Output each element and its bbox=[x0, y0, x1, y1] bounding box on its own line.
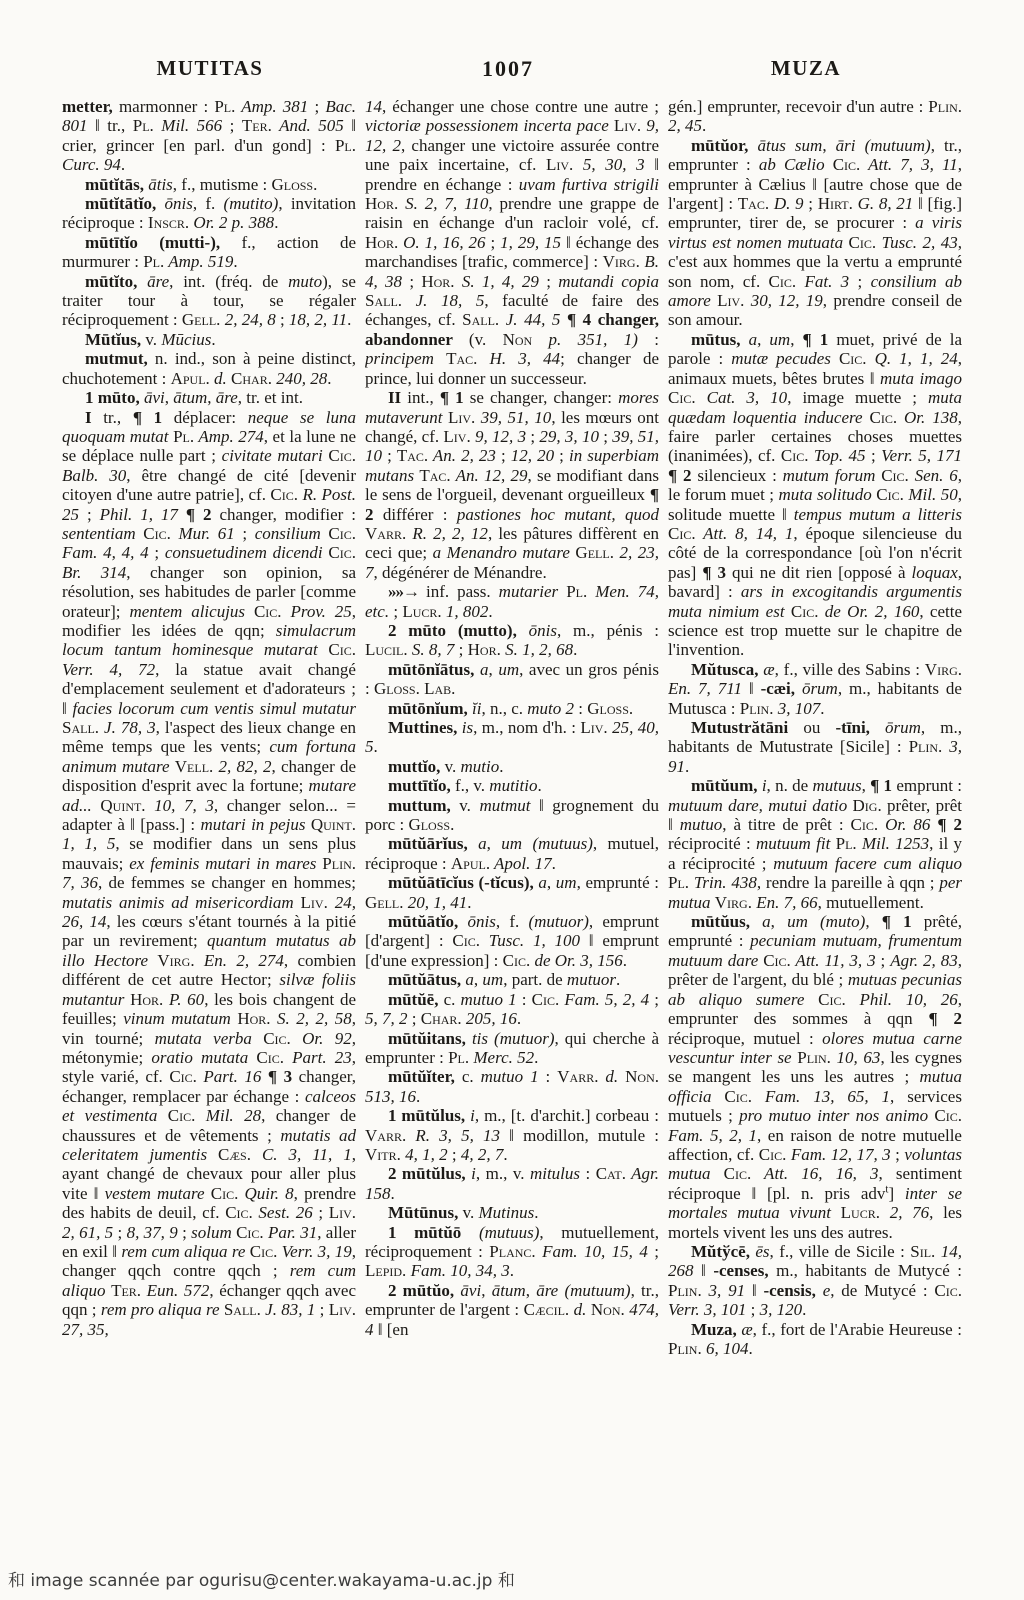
text-run: 3, 120 bbox=[760, 1300, 803, 1319]
text-run: ; bbox=[230, 116, 242, 135]
text-run: Liv. bbox=[329, 1203, 356, 1222]
entry-paragraph: Mūtūnus, v. Mutinus. bbox=[365, 1203, 659, 1222]
text-run: Cic. bbox=[668, 388, 696, 407]
text-run: ēs bbox=[755, 1242, 769, 1261]
text-run: Mūcius bbox=[161, 330, 211, 349]
entry-paragraph: Mutustrătāni ou -tīni, ōrum, m., habitan… bbox=[668, 718, 962, 776]
text-run: ; bbox=[871, 446, 881, 465]
text-run: Pl. bbox=[448, 1048, 469, 1067]
entry-paragraph: »»→ inf. pass. mutarier Pl. Men. 74, etc… bbox=[365, 582, 659, 621]
text-run: marmonner : bbox=[113, 97, 215, 116]
text-run: mūtōnĭātus, bbox=[388, 660, 480, 679]
text-run: 513, 16 bbox=[365, 1087, 416, 1106]
text-run: . bbox=[499, 757, 503, 776]
text-run: mūtĭtās, bbox=[85, 175, 148, 194]
text-run: Cic. bbox=[781, 446, 809, 465]
text-run: . bbox=[327, 369, 331, 388]
text-run: 5, 30, 3 bbox=[573, 155, 654, 174]
entry-paragraph: II int., ¶ 1 se changer, changer: mores … bbox=[365, 388, 659, 582]
text-run: vestem mutare bbox=[105, 1184, 211, 1203]
text-run: pro mutuo inter nos animo bbox=[739, 1106, 934, 1125]
text-run: , m., pénis : bbox=[557, 621, 659, 640]
text-run: a bbox=[465, 970, 474, 989]
text-run: Cic. bbox=[254, 602, 282, 621]
text-run: Cic. bbox=[256, 1048, 284, 1067]
text-run: Cic. bbox=[934, 1281, 962, 1300]
text-run: ¶ 3 bbox=[268, 1067, 292, 1086]
text-run: silencieux : bbox=[692, 466, 783, 485]
text-run: um bbox=[498, 660, 519, 679]
text-run: d. bbox=[569, 1300, 591, 1319]
text-run: um bbox=[482, 970, 503, 989]
entry-paragraph: mūtĭto, āre, int. (fréq. de muto), se tr… bbox=[62, 272, 356, 330]
text-run: Pl. bbox=[668, 873, 689, 892]
entry-paragraph: mūtōnĭātus, a, um, avec un gros pénis : … bbox=[365, 660, 659, 699]
text-run: Tac. bbox=[419, 466, 450, 485]
text-run: Prov. 25 bbox=[282, 602, 352, 621]
text-run: d. bbox=[210, 369, 231, 388]
text-run: Phil. 10, 26 bbox=[846, 990, 958, 1009]
text-run: Cic. bbox=[328, 640, 356, 659]
text-run: . bbox=[347, 310, 351, 329]
text-run: de Or. 3, 156 bbox=[530, 951, 623, 970]
text-run: Muza, bbox=[691, 1320, 741, 1339]
text-run: mutuo 1 bbox=[481, 1067, 546, 1086]
entry-paragraph: mūtōnĭum, ĭi, n., c. muto 2 : Gloss. bbox=[365, 699, 659, 718]
entry-paragraph: mūtŭum, i, n. de mutuus, ¶ 1 emprunt : m… bbox=[668, 776, 962, 912]
text-run: , de Mutycé : bbox=[830, 1281, 934, 1300]
text-run: ¶ 2 bbox=[937, 815, 962, 834]
text-run: Mil. 28 bbox=[195, 1106, 261, 1125]
text-run: , n. de bbox=[767, 776, 813, 795]
entry-paragraph: I tr., ¶ 1 déplacer: neque se luna quoqu… bbox=[62, 408, 356, 1340]
text-run: Merc. 52 bbox=[469, 1048, 534, 1067]
text-run: , rendre la pareille à qqn ; bbox=[757, 873, 940, 892]
text-run: mūtŭĭter, bbox=[388, 1067, 462, 1086]
text-run: Verr. 3, 101 bbox=[668, 1300, 751, 1319]
text-run: 1 mūto, bbox=[85, 388, 144, 407]
text-run: -censes, bbox=[713, 1261, 776, 1280]
text-run: C. 3, 11, 1 bbox=[251, 1145, 352, 1164]
text-run: mutuum fit bbox=[756, 834, 836, 853]
text-run: , bbox=[481, 1281, 492, 1300]
text-run: c. bbox=[462, 1067, 481, 1086]
text-run: Tac. bbox=[738, 194, 769, 213]
text-run: vinum mutatum bbox=[123, 1009, 237, 1028]
text-run: Planc. bbox=[489, 1242, 535, 1261]
text-run: āvi bbox=[144, 388, 165, 407]
text-run: . bbox=[121, 155, 125, 174]
text-run: is bbox=[462, 718, 473, 737]
text-run: Curc. 94 bbox=[62, 155, 121, 174]
text-run: 3, 91 bbox=[702, 1281, 752, 1300]
entry-paragraph: mūtĭtās, ātis, f., mutisme : Gloss. bbox=[62, 175, 356, 194]
text-run: inf. pass. bbox=[426, 582, 499, 601]
text-run: Gloss bbox=[271, 175, 313, 194]
text-run: ‖ bbox=[749, 679, 761, 698]
text-run: . bbox=[623, 951, 627, 970]
entry-paragraph: 1 mūtŭlus, i, m., [t. d'archit.] corbeau… bbox=[365, 1106, 659, 1164]
text-run: (mutito) bbox=[224, 194, 279, 213]
text-run: Fam. 10, 34, 3 bbox=[406, 1261, 509, 1280]
text-run: ¶ 2 bbox=[186, 505, 212, 524]
text-run: se changer, changer: bbox=[464, 388, 618, 407]
text-run: Fam. 5, 2, 4 bbox=[559, 990, 654, 1009]
text-run: ōrum bbox=[802, 679, 838, 698]
text-run: Pl. bbox=[335, 136, 356, 155]
text-run: différer : bbox=[374, 505, 457, 524]
text-run: , f., ville de Sicile : bbox=[770, 1242, 911, 1261]
text-run: Virg. bbox=[925, 660, 962, 679]
text-run: mentem alicujus bbox=[129, 602, 254, 621]
text-run: S. 2, 7, 110 bbox=[398, 194, 488, 213]
text-run: mutuor bbox=[567, 970, 616, 989]
text-run: oratio mutata bbox=[151, 1048, 256, 1067]
text-run: : bbox=[546, 1067, 558, 1086]
entry-paragraph: mūtŭārĭus, a, um (mutuus), mutuel, récip… bbox=[365, 834, 659, 873]
text-run: Lucil. bbox=[365, 640, 408, 659]
text-run: . bbox=[313, 175, 317, 194]
text-run: Cic. bbox=[250, 1242, 278, 1261]
text-run: Plin. bbox=[797, 1048, 831, 1067]
text-run: ; bbox=[603, 427, 612, 446]
text-run: loquax bbox=[911, 563, 957, 582]
text-run: consilium bbox=[255, 524, 329, 543]
text-run: . bbox=[416, 1087, 420, 1106]
entry-paragraph: 2 mūto (mutto), ōnis, m., pénis : Lucil.… bbox=[365, 621, 659, 660]
text-run: Apul. bbox=[451, 854, 490, 873]
text-run: ; bbox=[501, 446, 511, 465]
text-run: déplacer: bbox=[162, 408, 248, 427]
text-run: Virg. bbox=[715, 893, 752, 912]
text-run: Mŭtўcē, bbox=[691, 1242, 755, 1261]
text-run: c. bbox=[444, 990, 461, 1009]
text-run: 29, 3, 10 bbox=[539, 427, 603, 446]
text-run: Cic. bbox=[849, 233, 877, 252]
text-run: v. bbox=[440, 757, 460, 776]
text-run: , bbox=[487, 834, 502, 853]
text-run: 1, 1, 5 bbox=[62, 834, 115, 853]
text-run: Cic. bbox=[169, 1067, 197, 1086]
text-run: mūtĭtātĭo, bbox=[85, 194, 165, 213]
text-run: J. 78, 3 bbox=[99, 718, 156, 737]
text-run: Hor. bbox=[365, 194, 398, 213]
text-run: mutuum facere cum aliquo bbox=[773, 854, 962, 873]
text-run: mutata verba bbox=[155, 1029, 264, 1048]
text-run: . bbox=[616, 970, 620, 989]
text-run: āri (mutuum) bbox=[836, 136, 931, 155]
text-run: I bbox=[85, 408, 92, 427]
text-run: En. 7, 66 bbox=[752, 893, 818, 912]
text-run: v. bbox=[141, 330, 161, 349]
text-run: 6, 104 bbox=[702, 1339, 749, 1358]
text-run: āre (mutuum) bbox=[536, 1281, 630, 1300]
text-run: , bbox=[165, 388, 174, 407]
text-run: Ter. bbox=[111, 1281, 141, 1300]
text-run: um (muto) bbox=[787, 912, 865, 931]
text-run: G. 8, 21 bbox=[853, 194, 918, 213]
entry-paragraph: 14, échanger une chose contre une autre … bbox=[365, 97, 659, 388]
text-run: Fam. 12, 17, 3 bbox=[786, 1145, 895, 1164]
text-run: Pl. bbox=[836, 834, 857, 853]
text-run: . bbox=[450, 815, 454, 834]
text-run: . bbox=[685, 757, 689, 776]
text-run: 7, 36 bbox=[62, 873, 98, 892]
text-run: Cic. bbox=[833, 155, 861, 174]
text-run: Cic. bbox=[503, 951, 531, 970]
text-run: āre bbox=[147, 272, 169, 291]
page-number: 1007 bbox=[358, 56, 658, 82]
text-run: mutio bbox=[461, 757, 500, 776]
entry-paragraph: Mŭtusca, æ, f., ville des Sabins : Virg.… bbox=[668, 660, 962, 718]
page-header: MUTITAS 1007 MUZA bbox=[62, 56, 962, 82]
text-run: Pl. bbox=[566, 582, 587, 601]
entry-paragraph: 2 mūtŭlus, i, m., v. mitulus : Cat. Agr.… bbox=[365, 1164, 659, 1203]
text-run: Att. 16, 16, 3 bbox=[751, 1164, 878, 1183]
text-run: Pl. bbox=[173, 427, 194, 446]
text-run: ; bbox=[314, 97, 325, 116]
column-2: 14, échanger une chose contre une autre … bbox=[365, 97, 659, 1552]
text-run: mūtŭē, bbox=[388, 990, 444, 1009]
entry-paragraph: mūtus, a, um, ¶ 1 muet, privé de la paro… bbox=[668, 330, 962, 660]
text-run: mūtŭātĭo, bbox=[388, 912, 468, 931]
text-run: . bbox=[537, 776, 541, 795]
text-run: ¶ 1 bbox=[870, 776, 892, 795]
entry-paragraph: mūtŭē, c. mutuo 1 : Cic. Fam. 5, 2, 4 ; … bbox=[365, 990, 659, 1029]
text-run: 1 mūtŭlus, bbox=[388, 1106, 470, 1125]
text-run: mutmut bbox=[479, 796, 539, 815]
text-run: . bbox=[573, 640, 577, 659]
text-run: . bbox=[391, 1184, 395, 1203]
text-run: S. 2, 2, 58 bbox=[271, 1009, 352, 1028]
text-run: , f. bbox=[496, 912, 529, 931]
text-run: 1, 29, 15 bbox=[500, 233, 566, 252]
text-run: solum bbox=[191, 1223, 236, 1242]
text-run: En. 2, 274 bbox=[195, 951, 284, 970]
text-run: civitate mutari bbox=[222, 446, 329, 465]
text-run: Tusc. 1, 100 bbox=[480, 931, 589, 950]
text-run: f., v. bbox=[455, 776, 489, 795]
text-run: Amp. 519 bbox=[164, 252, 233, 271]
text-run: , bbox=[790, 330, 802, 349]
text-run: a bbox=[538, 873, 547, 892]
text-run: Cic. bbox=[881, 466, 909, 485]
text-run: m., habitants de Mutycé : bbox=[776, 1261, 962, 1280]
text-run: Cæs. bbox=[218, 1145, 251, 1164]
text-run: ¶ 4 bbox=[567, 310, 591, 329]
text-run: , m., nom d'h. : bbox=[473, 718, 580, 737]
text-run: mutuo 1 bbox=[461, 990, 522, 1009]
text-run: a Menandro mutare bbox=[433, 543, 576, 562]
text-run: mūtōnĭum, bbox=[388, 699, 472, 718]
text-run: v. bbox=[459, 796, 479, 815]
text-run: æ bbox=[763, 660, 774, 679]
text-run: Sil. bbox=[910, 1242, 935, 1261]
text-run: Cic. bbox=[818, 990, 846, 1009]
text-run: 14 bbox=[365, 97, 382, 116]
text-run: 18, 2, 11 bbox=[289, 310, 347, 329]
text-run: Or. 86 bbox=[878, 815, 937, 834]
text-run: Fam. 13, 65, 1 bbox=[752, 1087, 890, 1106]
text-run: Tac. bbox=[397, 446, 428, 465]
text-run: : bbox=[578, 699, 587, 718]
text-run: . bbox=[451, 679, 455, 698]
text-run: mūtĭto, bbox=[85, 272, 147, 291]
dictionary-columns: metter, marmonner : Pl. Amp. 381 ; Bac. … bbox=[62, 97, 964, 1552]
text-run: Cic. bbox=[791, 602, 819, 621]
text-run: Cic. bbox=[168, 1106, 196, 1125]
text-run: , tr. et int. bbox=[238, 388, 303, 407]
text-run: 2 mūtŭlus, bbox=[388, 1164, 471, 1183]
text-run: muta solitudo bbox=[779, 485, 877, 504]
text-run: Cic. bbox=[934, 1106, 962, 1125]
text-run: Plin. bbox=[928, 97, 962, 116]
text-run: rem pro aliqua re bbox=[101, 1300, 224, 1319]
text-run: ; bbox=[320, 1300, 329, 1319]
text-run: 2, 82, 2 bbox=[213, 757, 271, 776]
text-run: ātis bbox=[148, 175, 173, 194]
text-run: Liv. bbox=[717, 291, 744, 310]
text-run: J. 18, 5 bbox=[402, 291, 484, 310]
entry-paragraph: mūtŭātīcĭus (-tĭcus), a, um, emprunté : … bbox=[365, 873, 659, 912]
text-run: ; bbox=[881, 951, 891, 970]
text-run: mūtŭātus, bbox=[388, 970, 465, 989]
entry-paragraph: mutmut, n. ind., son à peine distinct, c… bbox=[62, 349, 356, 388]
text-run: ; bbox=[808, 194, 817, 213]
entry-paragraph: muttĭo, v. mutio. bbox=[365, 757, 659, 776]
text-run: . bbox=[534, 1203, 538, 1222]
text-run: réciproque, mutuel : bbox=[668, 1029, 822, 1048]
text-run: consuetudinem dicendi bbox=[165, 543, 329, 562]
text-run: muttĭo, bbox=[388, 757, 440, 776]
text-run: ‖ bbox=[752, 1281, 764, 1300]
text-run: Att. 8, 14, 1 bbox=[696, 524, 794, 543]
text-run: muttītĭo, bbox=[388, 776, 455, 795]
text-run: , échanger une chose contre une autre ; bbox=[382, 97, 659, 116]
text-run: Mūtĭus, bbox=[85, 330, 141, 349]
text-run: , n., c. bbox=[481, 699, 527, 718]
text-run: 1 mūtŭō bbox=[388, 1223, 479, 1242]
text-run: Top. 45 bbox=[808, 446, 871, 465]
text-run: , m., [t. d'archit.] corbeau : bbox=[475, 1106, 659, 1125]
text-run: mutuus bbox=[812, 776, 861, 795]
text-run: Lucr. bbox=[841, 1203, 880, 1222]
text-run: ōrum bbox=[885, 718, 921, 737]
text-run: Gell. bbox=[575, 543, 614, 562]
text-run: Fam. 4, 4, 4 bbox=[62, 543, 154, 562]
text-run: , part. de bbox=[503, 970, 567, 989]
text-run: Q. 1, 1, 24 bbox=[867, 349, 958, 368]
text-run: An. 2, 23 bbox=[428, 446, 501, 465]
text-run: ōnis bbox=[165, 194, 193, 213]
text-run: Varr. bbox=[365, 524, 406, 543]
text-run: mutuo bbox=[680, 815, 723, 834]
text-run: . bbox=[211, 330, 215, 349]
text-run: v. bbox=[458, 1203, 478, 1222]
text-run: Sall. bbox=[462, 310, 499, 329]
text-run: p. 351, 1) bbox=[532, 330, 638, 349]
text-run: Cat. bbox=[596, 1164, 626, 1183]
text-run: Cic. bbox=[270, 485, 298, 504]
text-run: Dig. bbox=[853, 796, 882, 815]
text-run: , à titre de prêt : bbox=[722, 815, 850, 834]
text-run: victoriæ possessionem incerta pace bbox=[365, 116, 614, 135]
text-run: mitulus bbox=[530, 1164, 586, 1183]
text-run: Att. 7, 3, 11 bbox=[860, 155, 957, 174]
text-run: , f. bbox=[193, 194, 224, 213]
text-run: Apol. 17 bbox=[490, 854, 552, 873]
text-run: , bbox=[865, 912, 881, 931]
scanner-watermark: 和 image scannée par ogurisu@center.wakay… bbox=[8, 1566, 515, 1591]
text-run: ; bbox=[387, 446, 397, 465]
text-run: Mūtūnus, bbox=[388, 1203, 458, 1222]
text-run: uvam furtiva strigili bbox=[519, 175, 659, 194]
text-run: . bbox=[517, 1009, 521, 1028]
text-run: Plin. bbox=[322, 854, 356, 873]
text-run: Cic. bbox=[763, 951, 791, 970]
text-run: Liv. bbox=[580, 718, 607, 737]
text-run: a bbox=[478, 834, 487, 853]
text-run: . bbox=[629, 699, 633, 718]
text-run: mūtŭitans, bbox=[388, 1029, 472, 1048]
text-run: ‖ tr., bbox=[95, 116, 133, 135]
entry-paragraph: mūtŭĭter, c. mutuo 1 : Varr. d. Non. 513… bbox=[365, 1067, 659, 1106]
text-run: muta imago bbox=[880, 369, 962, 388]
text-run: d. bbox=[598, 1067, 625, 1086]
text-run: 4, 2, 7 bbox=[461, 1145, 504, 1164]
text-run: Cic. bbox=[532, 990, 560, 1009]
text-run: . bbox=[503, 1145, 507, 1164]
text-run: æ bbox=[741, 1320, 752, 1339]
text-run: Or. 92 bbox=[291, 1029, 352, 1048]
text-run: . bbox=[748, 1339, 752, 1358]
text-run: ex feminis mutari in mares bbox=[129, 854, 322, 873]
text-run: Inscr. bbox=[148, 213, 189, 232]
text-run: 9, 12, 3 bbox=[471, 427, 531, 446]
text-run: Agr. 2, 83 bbox=[890, 951, 958, 970]
text-run: Lepid. bbox=[365, 1261, 406, 1280]
text-run: Varr. bbox=[557, 1067, 598, 1086]
text-run: mūtŭor, bbox=[691, 136, 758, 155]
text-run: Liv. bbox=[546, 155, 573, 174]
text-run: , bbox=[488, 660, 498, 679]
text-run: ; bbox=[751, 1300, 760, 1319]
entry-paragraph: Muza, æ, f., fort de l'Arabie Heureuse :… bbox=[668, 1320, 962, 1359]
column-3: gén.] emprunter, recevoir d'un autre : P… bbox=[668, 97, 962, 1552]
text-run: mutari in pejus bbox=[200, 815, 310, 834]
text-run: 2, 24, 8 bbox=[220, 310, 280, 329]
text-run: Cic. bbox=[328, 524, 356, 543]
text-run: Sall. bbox=[62, 718, 99, 737]
text-run: réciprocité : bbox=[668, 834, 756, 853]
text-run: Liv. bbox=[448, 408, 475, 427]
text-run: Pl. bbox=[133, 116, 154, 135]
text-run: Non. bbox=[591, 1300, 625, 1319]
text-run: um bbox=[556, 873, 577, 892]
text-run: Balb. 30 bbox=[62, 466, 126, 485]
text-run: Br. 314 bbox=[62, 563, 126, 582]
text-run: ¶ 1 bbox=[440, 388, 464, 407]
text-run: um bbox=[769, 330, 790, 349]
text-run: . bbox=[488, 602, 492, 621]
text-run: mutitio bbox=[489, 776, 537, 795]
text-run: Verr. 5, 171 bbox=[881, 446, 962, 465]
entry-paragraph: mūtŭitans, tis (mutuor), qui cherche à e… bbox=[365, 1029, 659, 1068]
text-run: Liv. bbox=[301, 893, 328, 912]
text-run: emprunt : bbox=[892, 776, 962, 795]
entry-paragraph: mūtŭātĭo, ōnis, f. (mutuor), emprunt [d'… bbox=[365, 912, 659, 970]
text-run: J. 44, 5 bbox=[499, 310, 567, 329]
